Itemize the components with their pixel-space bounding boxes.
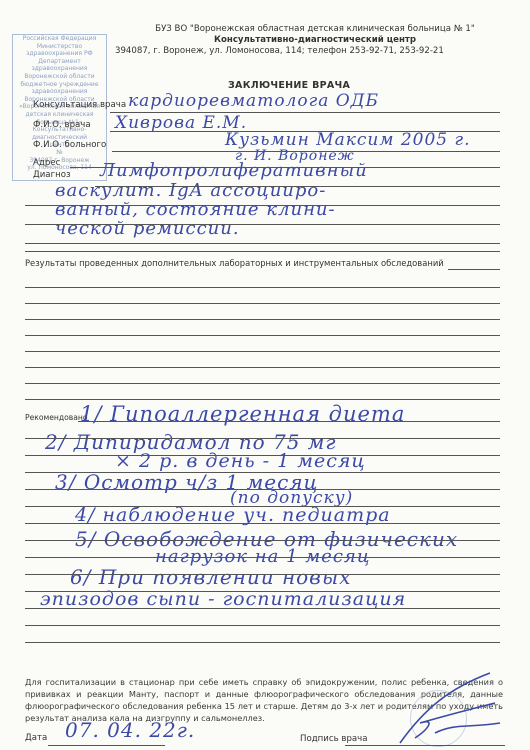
results-label: Результаты проведенных дополнительных ла… bbox=[25, 258, 444, 268]
doctor-signature bbox=[395, 668, 505, 748]
ruled-line bbox=[25, 472, 500, 473]
stamp-line: детская клиническая bbox=[13, 111, 106, 119]
ruled-line bbox=[25, 438, 500, 439]
ruled-line bbox=[95, 186, 500, 187]
stamp-line: № bbox=[13, 149, 106, 157]
signature-label: Подпись врача bbox=[300, 734, 368, 744]
ruled-line bbox=[25, 489, 500, 490]
ruled-line bbox=[25, 243, 500, 244]
stamp-line: бюджетное учреждение bbox=[13, 81, 106, 89]
ruled-line bbox=[25, 625, 500, 626]
ruled-line bbox=[78, 421, 500, 422]
ruled-line bbox=[25, 367, 500, 368]
ruled-line bbox=[70, 167, 500, 168]
address-label: Адрес bbox=[33, 158, 60, 168]
ruled-line bbox=[25, 591, 500, 592]
medical-conclusion-document: БУЗ ВО "Воронежская областная детская кл… bbox=[0, 0, 530, 750]
date-value: 07. 04. 22г. bbox=[65, 718, 195, 742]
consultation-value: кардиоревматолога ОДБ bbox=[128, 91, 379, 111]
ruled-line bbox=[25, 557, 500, 558]
center-name: Консультативно-диагностический центр bbox=[115, 35, 515, 46]
patient-name-label: Ф.И.О. больного bbox=[33, 140, 106, 150]
ruled-line bbox=[25, 251, 500, 252]
ruled-line bbox=[25, 523, 500, 524]
recommendation-line: × 2 р. в день - 1 месяц bbox=[115, 450, 366, 472]
institution-address: 394087, г. Воронеж, ул. Ломоносова, 114;… bbox=[115, 46, 515, 57]
ruled-line bbox=[25, 540, 500, 541]
ruled-line bbox=[25, 506, 500, 507]
consultation-label: Консультация врача bbox=[33, 100, 126, 110]
date-label: Дата bbox=[25, 733, 47, 743]
ruled-line bbox=[112, 151, 500, 152]
ruled-line bbox=[25, 205, 500, 206]
ruled-line bbox=[25, 455, 500, 456]
recommendation-line: 1/ Гипоаллергенная диета bbox=[80, 402, 405, 426]
ruled-line bbox=[25, 642, 500, 643]
institution-name: БУЗ ВО "Воронежская областная детская кл… bbox=[115, 24, 515, 35]
diagnosis-line: ванный, состояние клини- bbox=[55, 199, 336, 220]
document-header: БУЗ ВО "Воронежская областная детская кл… bbox=[115, 24, 515, 57]
ruled-line bbox=[25, 351, 500, 352]
diagnosis-label: Диагноз bbox=[33, 170, 71, 180]
ruled-line bbox=[448, 269, 500, 270]
diagnosis-line: ческой ремиссии. bbox=[55, 218, 240, 239]
ruled-line bbox=[48, 745, 165, 746]
stamp-line: Российская Федерация bbox=[13, 35, 106, 43]
ruled-line bbox=[25, 335, 500, 336]
doctor-name-label: Ф.И.О. врача bbox=[33, 120, 91, 130]
diagnosis-line: васкулит. IgA ассоцииро- bbox=[55, 180, 326, 201]
ruled-line bbox=[110, 112, 500, 113]
page-title: ЗАКЛЮЧЕНИЕ ВРАЧА bbox=[228, 80, 350, 91]
ruled-line bbox=[345, 745, 505, 746]
ruled-line bbox=[25, 287, 500, 288]
ruled-line bbox=[110, 131, 500, 132]
recommendation-line: 6/ При появлении новых bbox=[70, 565, 351, 589]
ruled-line bbox=[25, 383, 500, 384]
stamp-line: Департамент здравоохранения bbox=[13, 58, 106, 73]
ruled-line bbox=[25, 399, 500, 400]
diagnosis-line: Лимфопролиферативный bbox=[100, 160, 368, 181]
ruled-line bbox=[25, 303, 500, 304]
ruled-line bbox=[25, 608, 500, 609]
stamp-line: здравоохранения bbox=[13, 88, 106, 96]
ruled-line bbox=[25, 574, 500, 575]
stamp-line: Воронежской области bbox=[13, 73, 106, 81]
ruled-line bbox=[25, 319, 500, 320]
stamp-line: Министерство здравоохранения РФ bbox=[13, 43, 106, 58]
ruled-line bbox=[25, 224, 500, 225]
patient-name-value: Кузьмин Максим 2005 г. bbox=[225, 130, 471, 150]
